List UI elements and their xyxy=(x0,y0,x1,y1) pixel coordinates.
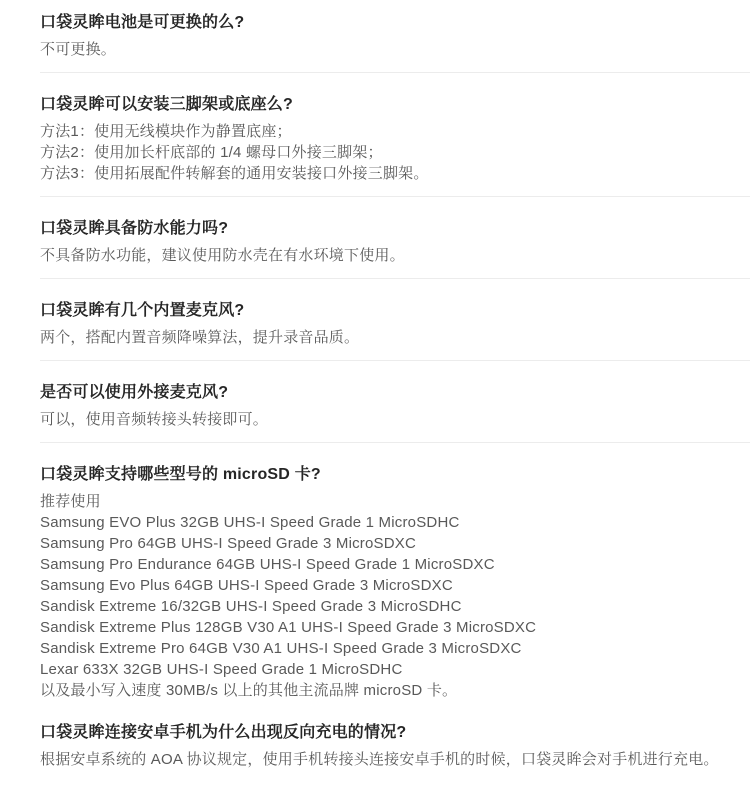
faq-question: 是否可以使用外接麦克风? xyxy=(40,382,750,404)
faq-answer-line: Sandisk Extreme 16/32GB UHS-I Speed Grad… xyxy=(40,596,750,617)
faq-answer: 不具备防水功能，建议使用防水壳在有水环境下使用。 xyxy=(40,245,750,266)
faq-answer: 方法1：使用无线模块作为静置底座； 方法2：使用加长杆底部的 1/4 螺母口外接… xyxy=(40,121,750,184)
faq-section-microphones: 口袋灵眸有几个内置麦克风? 两个，搭配内置音频降噪算法，提升录音品质。 xyxy=(40,300,750,348)
faq-answer: 推荐使用 Samsung EVO Plus 32GB UHS-I Speed G… xyxy=(40,491,750,701)
section-divider xyxy=(40,72,750,73)
faq-answer-line: Sandisk Extreme Pro 64GB V30 A1 UHS-I Sp… xyxy=(40,638,750,659)
faq-section-waterproof: 口袋灵眸具备防水能力吗? 不具备防水功能，建议使用防水壳在有水环境下使用。 xyxy=(40,218,750,266)
faq-answer-line: 以及最小写入速度 30MB/s 以上的其他主流品牌 microSD 卡。 xyxy=(40,680,750,701)
faq-answer-line: 不具备防水功能，建议使用防水壳在有水环境下使用。 xyxy=(40,245,750,266)
faq-answer-line: Samsung Pro 64GB UHS-I Speed Grade 3 Mic… xyxy=(40,533,750,554)
faq-answer-line: Samsung Evo Plus 64GB UHS-I Speed Grade … xyxy=(40,575,750,596)
faq-answer-line: 方法3：使用拓展配件转解套的通用安装接口外接三脚架。 xyxy=(40,163,750,184)
faq-answer: 可以，使用音频转接头转接即可。 xyxy=(40,409,750,430)
faq-answer-line: Samsung EVO Plus 32GB UHS-I Speed Grade … xyxy=(40,512,750,533)
faq-answer: 两个，搭配内置音频降噪算法，提升录音品质。 xyxy=(40,327,750,348)
faq-answer-line: 推荐使用 xyxy=(40,491,750,512)
faq-section-microsd: 口袋灵眸支持哪些型号的 microSD 卡? 推荐使用 Samsung EVO … xyxy=(40,464,750,701)
faq-answer: 根据安卓系统的 AOA 协议规定，使用手机转接头连接安卓手机的时候，口袋灵眸会对… xyxy=(40,749,750,770)
faq-answer-line: 不可更换。 xyxy=(40,39,750,60)
section-divider xyxy=(40,360,750,361)
faq-answer-line: Samsung Pro Endurance 64GB UHS-I Speed G… xyxy=(40,554,750,575)
faq-question: 口袋灵眸可以安装三脚架或底座么? xyxy=(40,94,750,116)
faq-section-battery: 口袋灵眸电池是可更换的么? 不可更换。 xyxy=(40,12,750,60)
faq-answer-line: 两个，搭配内置音频降噪算法，提升录音品质。 xyxy=(40,327,750,348)
section-divider xyxy=(40,196,750,197)
faq-section-tripod: 口袋灵眸可以安装三脚架或底座么? 方法1：使用无线模块作为静置底座； 方法2：使… xyxy=(40,94,750,184)
faq-answer: 不可更换。 xyxy=(40,39,750,60)
faq-answer-line: Lexar 633X 32GB UHS-I Speed Grade 1 Micr… xyxy=(40,659,750,680)
faq-question: 口袋灵眸具备防水能力吗? xyxy=(40,218,750,240)
faq-answer-line: Sandisk Extreme Plus 128GB V30 A1 UHS-I … xyxy=(40,617,750,638)
section-divider xyxy=(40,278,750,279)
faq-answer-line: 方法2：使用加长杆底部的 1/4 螺母口外接三脚架； xyxy=(40,142,750,163)
faq-page: 口袋灵眸电池是可更换的么? 不可更换。 口袋灵眸可以安装三脚架或底座么? 方法1… xyxy=(0,0,750,804)
faq-question: 口袋灵眸电池是可更换的么? xyxy=(40,12,750,34)
faq-section-external-mic: 是否可以使用外接麦克风? 可以，使用音频转接头转接即可。 xyxy=(40,382,750,430)
faq-answer-line: 根据安卓系统的 AOA 协议规定，使用手机转接头连接安卓手机的时候，口袋灵眸会对… xyxy=(40,749,750,770)
faq-answer-line: 可以，使用音频转接头转接即可。 xyxy=(40,409,750,430)
faq-question: 口袋灵眸支持哪些型号的 microSD 卡? xyxy=(40,464,750,486)
section-divider xyxy=(40,442,750,443)
faq-question: 口袋灵眸有几个内置麦克风? xyxy=(40,300,750,322)
faq-section-reverse-charging: 口袋灵眸连接安卓手机为什么出现反向充电的情况? 根据安卓系统的 AOA 协议规定… xyxy=(40,722,750,770)
faq-answer-line: 方法1：使用无线模块作为静置底座； xyxy=(40,121,750,142)
faq-question: 口袋灵眸连接安卓手机为什么出现反向充电的情况? xyxy=(40,722,750,744)
